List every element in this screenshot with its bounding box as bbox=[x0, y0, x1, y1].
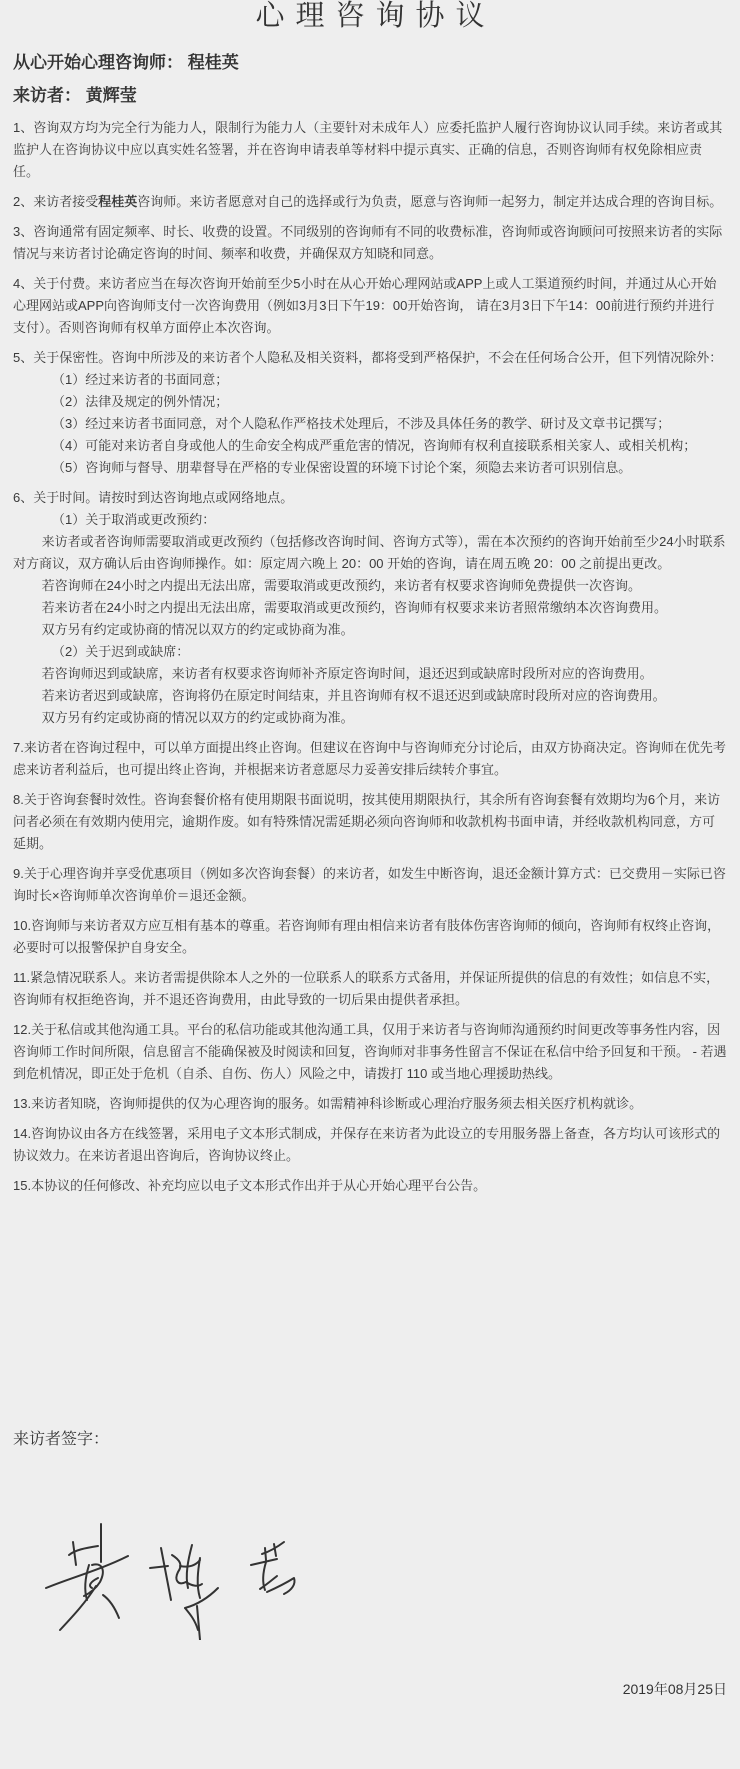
clause-text: 2、来访者接受程桂英咨询师。来访者愿意对自己的选择或行为负责，愿意与咨询师一起努… bbox=[13, 191, 727, 213]
list-item: （4）可能对来访者自身或他人的生命安全构成严重危害的情况，咨询师有权利直接联系相… bbox=[13, 435, 727, 457]
clause-12: 12.关于私信或其他沟通工具。平台的私信功能或其他沟通工具，仅用于来访者与咨询师… bbox=[13, 1019, 727, 1085]
list-item: （1）经过来访者的书面同意； bbox=[13, 369, 727, 391]
clause-8: 8.关于咨询套餐时效性。咨询套餐价格有使用期限书面说明，按其使用期限执行，其余所… bbox=[13, 789, 727, 855]
list-item: （5）咨询师与督导、朋辈督导在严格的专业保密设置的环境下讨论个案，须隐去来访者可… bbox=[13, 457, 727, 479]
subsection-line: 双方另有约定或协商的情况以双方的约定或协商为准。 bbox=[13, 619, 727, 641]
clause-text: 12.关于私信或其他沟通工具。平台的私信功能或其他沟通工具，仅用于来访者与咨询师… bbox=[13, 1019, 727, 1085]
subsection-line: 若咨询师迟到或缺席，来访者有权要求咨询师补齐原定咨询时间，退还迟到或缺席时段所对… bbox=[13, 663, 727, 685]
list-item: （2）法律及规定的例外情况； bbox=[13, 391, 727, 413]
subsection-line: 来访者或者咨询师需要取消或更改预约（包括修改咨询时间、咨询方式等），需在本次预约… bbox=[13, 531, 727, 575]
clause-text: 13.来访者知晓，咨询师提供的仅为心理咨询的服务。如需精神科诊断或心理治疗服务须… bbox=[13, 1093, 727, 1115]
clause-6: 6、关于时间。请按时到达咨询地点或网络地点。 （1）关于取消或更改预约： 来访者… bbox=[13, 487, 727, 729]
handwritten-signature bbox=[40, 1490, 360, 1640]
clause-4: 4、关于付费。来访者应当在每次咨询开始前至少5小时在从心开始心理网站或APP上或… bbox=[13, 273, 727, 339]
clause-text: 3、咨询通常有固定频率、时长、收费的设置。不同级别的咨询师有不同的收费标准，咨询… bbox=[13, 221, 727, 265]
clause-text: 15.本协议的任何修改、补充均应以电子文本形式作出并于从心开始心理平台公告。 bbox=[13, 1175, 727, 1197]
clause-14: 14.咨询协议由各方在线签署，采用电子文本形式制成，并保存在来访者为此设立的专用… bbox=[13, 1123, 727, 1167]
list-item: （3）经过来访者书面同意，对个人隐私作严格技术处理后，不涉及具体任务的教学、研讨… bbox=[13, 413, 727, 435]
clause-text: 7.来访者在咨询过程中，可以单方面提出终止咨询。但建议在咨询中与咨询师充分讨论后… bbox=[13, 737, 727, 781]
clause-text: 8.关于咨询套餐时效性。咨询套餐价格有使用期限书面说明，按其使用期限执行，其余所… bbox=[13, 789, 727, 855]
clauses: 1、咨询双方均为完全行为能力人，限制行为能力人（主要针对未成年人）应委托监护人履… bbox=[13, 117, 727, 1205]
clause-intro: 5、关于保密性。咨询中所涉及的来访者个人隐私及相关资料，都将受到严格保护，不会在… bbox=[13, 347, 727, 369]
clause-text: 1、咨询双方均为完全行为能力人，限制行为能力人（主要针对未成年人）应委托监护人履… bbox=[13, 117, 727, 183]
subsection-line: 若来访者在24小时之内提出无法出席，需要取消或更改预约，咨询师有权要求来访者照常… bbox=[13, 597, 727, 619]
subsection-line: 双方另有约定或协商的情况以双方的约定或协商为准。 bbox=[13, 707, 727, 729]
subsection-title: （2）关于迟到或缺席： bbox=[13, 641, 727, 663]
clause-7: 7.来访者在咨询过程中，可以单方面提出终止咨询。但建议在咨询中与咨询师充分讨论后… bbox=[13, 737, 727, 781]
clause-intro: 6、关于时间。请按时到达咨询地点或网络地点。 bbox=[13, 487, 727, 509]
clause-text: 14.咨询协议由各方在线签署，采用电子文本形式制成，并保存在来访者为此设立的专用… bbox=[13, 1123, 727, 1167]
clause-3: 3、咨询通常有固定频率、时长、收费的设置。不同级别的咨询师有不同的收费标准，咨询… bbox=[13, 221, 727, 265]
subsection-line: 若来访者迟到或缺席，咨询将仍在原定时间结束，并且咨询师有权不退还迟到或缺席时段所… bbox=[13, 685, 727, 707]
clause-1: 1、咨询双方均为完全行为能力人，限制行为能力人（主要针对未成年人）应委托监护人履… bbox=[13, 117, 727, 183]
clause-10: 10.咨询师与来访者双方应互相有基本的尊重。若咨询师有理由相信来访者有肢体伤害咨… bbox=[13, 915, 727, 959]
page-title: 心理咨询协议 bbox=[0, 0, 740, 32]
clause-9: 9.关于心理咨询并享受优惠项目（例如多次咨询套餐）的来访者，如发生中断咨询，退还… bbox=[13, 863, 727, 907]
clause-text-pre: 2、来访者接受 bbox=[13, 194, 98, 209]
clause-text: 11.紧急情况联系人。来访者需提供除本人之外的一位联系人的联系方式备用，并保证所… bbox=[13, 967, 727, 1011]
visitor-line: 来访者： 黄辉莹 bbox=[13, 85, 137, 107]
clause-11: 11.紧急情况联系人。来访者需提供除本人之外的一位联系人的联系方式备用，并保证所… bbox=[13, 967, 727, 1011]
signature-label: 来访者签字： bbox=[13, 1426, 109, 1449]
agreement-page: 心理咨询协议 从心开始心理咨询师： 程桂英 来访者： 黄辉莹 1、咨询双方均为完… bbox=[0, 0, 740, 1769]
clause-13: 13.来访者知晓，咨询师提供的仅为心理咨询的服务。如需精神科诊断或心理治疗服务须… bbox=[13, 1093, 727, 1115]
clause-text: 4、关于付费。来访者应当在每次咨询开始前至少5小时在从心开始心理网站或APP上或… bbox=[13, 273, 727, 339]
subsection-line: 若咨询师在24小时之内提出无法出席，需要取消或更改预约，来访者有权要求咨询师免费… bbox=[13, 575, 727, 597]
signing-date: 2019年08月25日 bbox=[623, 1679, 727, 1699]
clause-text: 9.关于心理咨询并享受优惠项目（例如多次咨询套餐）的来访者，如发生中断咨询，退还… bbox=[13, 863, 727, 907]
clause-text: 10.咨询师与来访者双方应互相有基本的尊重。若咨询师有理由相信来访者有肢体伤害咨… bbox=[13, 915, 727, 959]
counselor-line: 从心开始心理咨询师： 程桂英 bbox=[13, 52, 239, 74]
clause-5: 5、关于保密性。咨询中所涉及的来访者个人隐私及相关资料，都将受到严格保护，不会在… bbox=[13, 347, 727, 479]
clause-text-post: 咨询师。来访者愿意对自己的选择或行为负责，愿意与咨询师一起努力，制定并达成合理的… bbox=[137, 194, 722, 209]
counselor-name: 程桂英 bbox=[98, 194, 137, 209]
clause-15: 15.本协议的任何修改、补充均应以电子文本形式作出并于从心开始心理平台公告。 bbox=[13, 1175, 727, 1197]
clause-2: 2、来访者接受程桂英咨询师。来访者愿意对自己的选择或行为负责，愿意与咨询师一起努… bbox=[13, 191, 727, 213]
subsection-title: （1）关于取消或更改预约： bbox=[13, 509, 727, 531]
